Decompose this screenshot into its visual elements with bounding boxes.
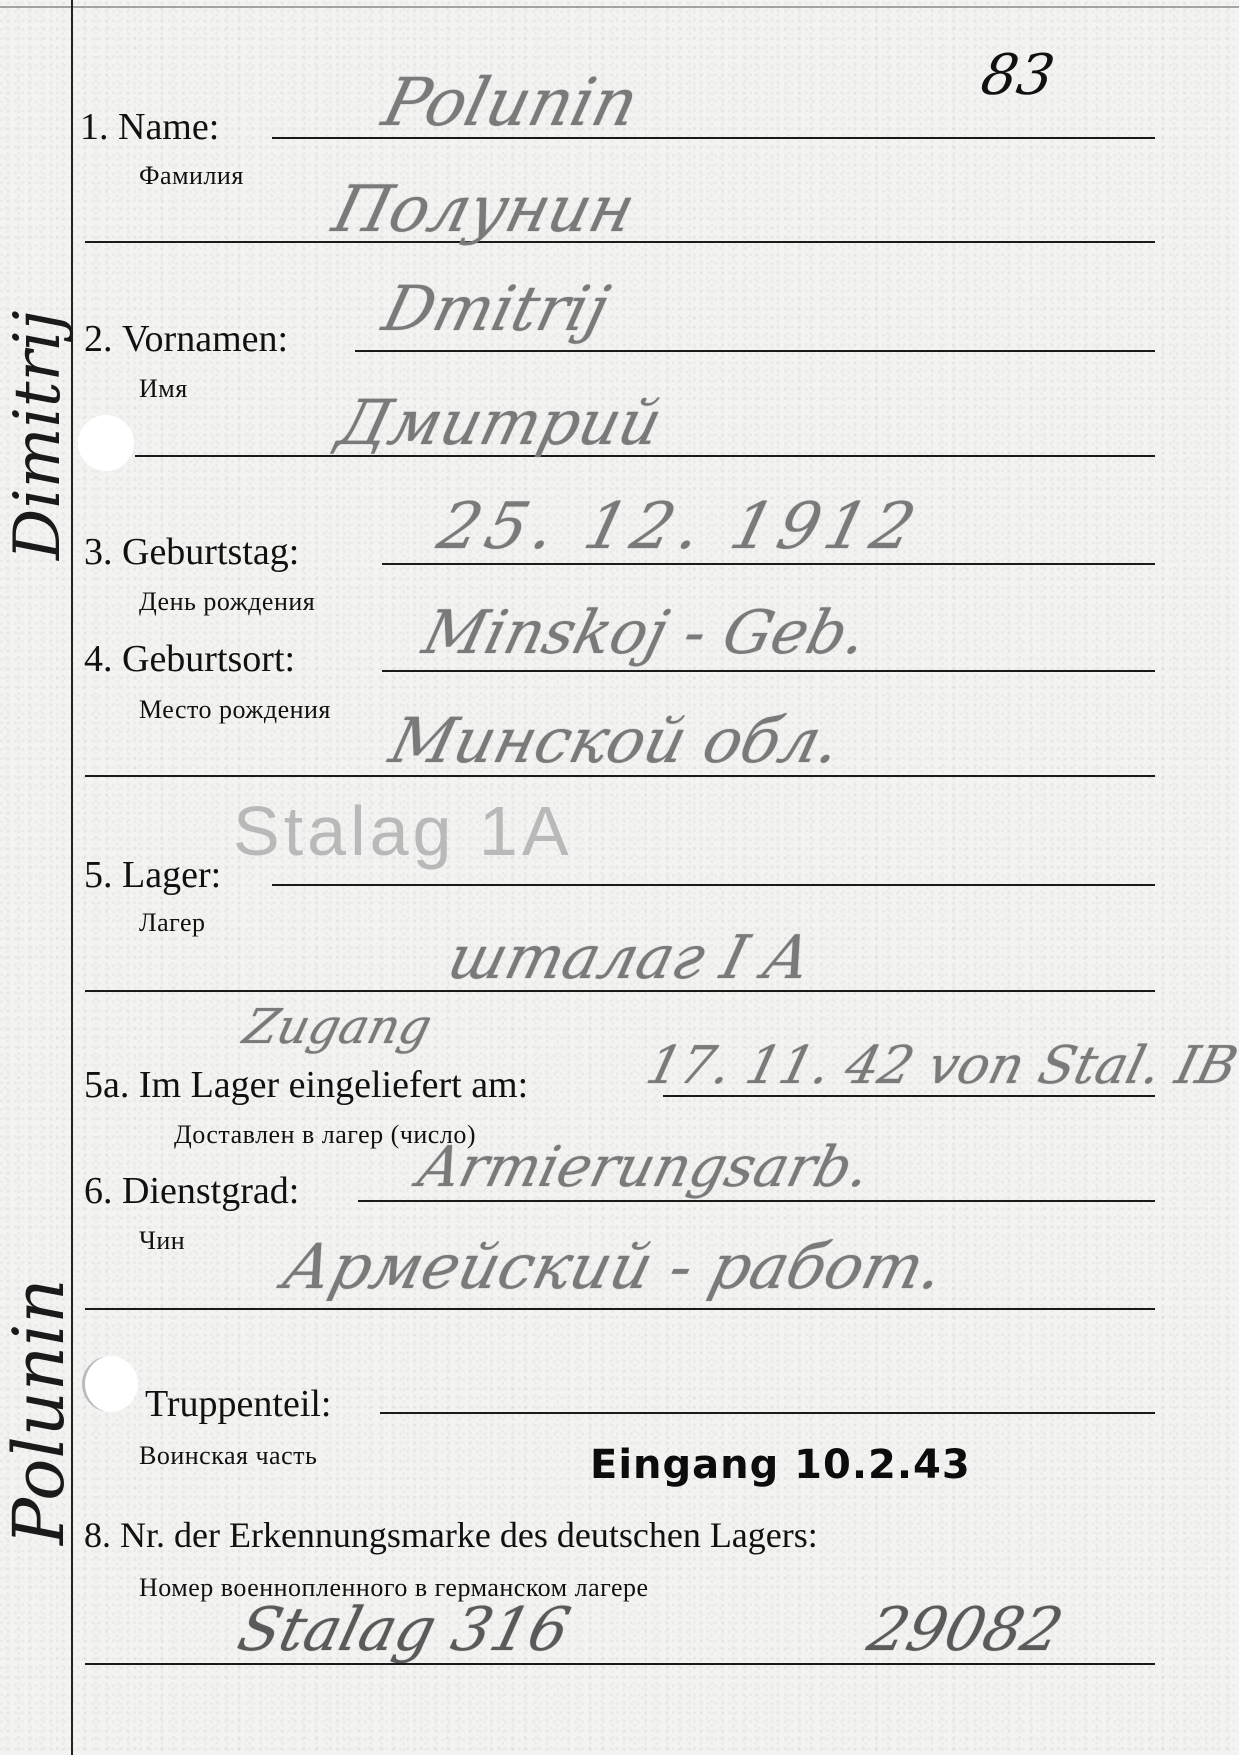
field-vornamen-value-ru: Дмитрий (332, 392, 668, 454)
field-vornamen-value: Dmitrij (377, 278, 614, 340)
field-erkennungsmarke-line (85, 1663, 1155, 1665)
card-top-edge (0, 6, 1239, 8)
field-dienstgrad-label: 6. Dienstgrad: (84, 1172, 299, 1210)
field-lager-label: 5. Lager: (84, 856, 221, 894)
field-eingeliefert-label: 5a. Im Lager eingeliefert am: (84, 1066, 528, 1104)
field-vornamen-label: 2. Vornamen: (84, 320, 288, 358)
field-number: 5. (84, 854, 113, 896)
zugang-annotation: Zugang (239, 1003, 436, 1051)
field-vornamen-line (355, 350, 1155, 352)
field-number: 4. (84, 638, 113, 680)
field-truppenteil-label-ru: Воинская часть (139, 1443, 317, 1469)
field-name-label-ru: Фамилия (139, 163, 244, 189)
field-erkennungsmarke-label: 8. Nr. der Erkennungsmarke des deutschen… (84, 1517, 818, 1553)
field-truppenteil-label: Truppenteil: (145, 1385, 332, 1423)
field-truppenteil-line (380, 1412, 1155, 1414)
field-erkennungsmarke-camp: Stalag 316 (233, 1600, 576, 1660)
punch-hole-upper (78, 415, 134, 471)
field-lager-line (272, 884, 1155, 886)
field-name-label: 1. Name: (80, 108, 219, 146)
field-geburtsort-label-ru: Место рождения (139, 697, 331, 723)
field-lager-value-ru: шталаг I A (443, 928, 817, 988)
field-lager-label-ru: Лагер (139, 910, 206, 936)
field-dienstgrad-value-ru: Армейский - работ. (277, 1236, 949, 1298)
field-geburtsort-value-ru: Минской обл. (384, 710, 847, 772)
field-name-value: Polunin (377, 70, 645, 136)
field-dienstgrad-line (358, 1200, 1155, 1202)
margin-note-surname: Polunin (4, 1279, 74, 1545)
field-number: 6. (84, 1170, 113, 1212)
field-eingeliefert-value: 17. 11. 42 von Stal. IB (642, 1040, 1239, 1092)
field-number: 5a. (84, 1064, 129, 1106)
field-name-value-ru: Полунин (327, 178, 641, 242)
eingang-stamp: Eingang 10.2.43 (590, 1445, 971, 1485)
field-number: 3. (84, 531, 113, 573)
field-geburtsort-line (382, 670, 1155, 672)
field-geburtstag-label-ru: День рождения (139, 589, 315, 615)
punch-hole-lower (82, 1356, 138, 1412)
field-geburtsort-value: Minskoj - Geb. (418, 603, 873, 663)
page-number: 83 (977, 48, 1058, 104)
field-erkennungsmarke-number: 29082 (863, 1600, 1069, 1660)
field-geburtsort-label: 4. Geburtsort: (84, 640, 295, 678)
field-number: 2. (84, 318, 113, 360)
field-dienstgrad-line-2 (85, 1308, 1155, 1310)
field-geburtstag-label: 3. Geburtstag: (84, 533, 299, 571)
field-geburtstag-value: 25. 12. 1912 (432, 495, 927, 559)
field-number: 8. (84, 1515, 111, 1555)
field-dienstgrad-value: Armierungsarb. (413, 1140, 876, 1196)
field-number: 1. (80, 106, 109, 148)
field-vornamen-label-ru: Имя (139, 376, 188, 402)
field-dienstgrad-label-ru: Чин (139, 1228, 185, 1254)
stalag-stamp: Stalag 1A (233, 796, 573, 866)
margin-note-first-name: Dimitrij (6, 310, 70, 560)
